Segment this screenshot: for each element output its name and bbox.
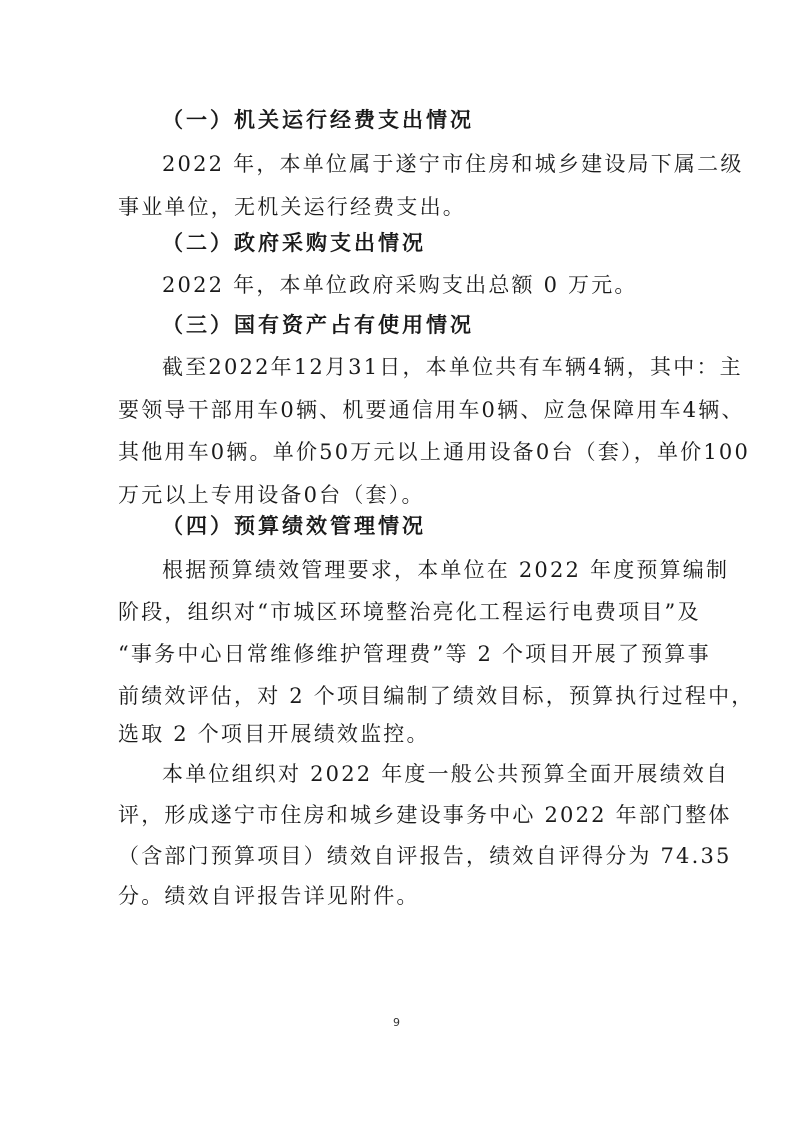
paragraph-line: 评，形成遂宁市住房和城乡建设事务中心 2022 年部门整体: [118, 801, 678, 829]
paragraph-line: 本单位组织对 2022 年度一般公共预算全面开展绩效自: [162, 760, 722, 788]
document-page: （一）机关运行经费支出情况 2022 年，本单位属于遂宁市住房和城乡建设局下属二…: [0, 0, 793, 1122]
section-heading-3: （三）国有资产占有使用情况: [162, 311, 722, 339]
paragraph-line: 要领导干部用车0辆、机要通信用车0辆、应急保障用车4辆、: [118, 396, 678, 424]
paragraph-line: 选取 2 个项目开展绩效监控。: [118, 720, 678, 748]
paragraph-line: （含部门预算项目）绩效自评报告，绩效自评得分为 74.35: [118, 842, 678, 870]
paragraph-line: 分。绩效自评报告详见附件。: [118, 882, 678, 910]
section-heading-2: （二）政府采购支出情况: [162, 229, 722, 257]
paragraph-line: “事务中心日常维修维护管理费”等 2 个项目开展了预算事: [118, 640, 678, 668]
section-heading-4: （四）预算绩效管理情况: [162, 512, 722, 540]
page-number: 9: [0, 1016, 793, 1029]
paragraph-line: 截至2022年12月31日，本单位共有车辆4辆，其中：主: [162, 353, 722, 381]
paragraph-line: 2022 年，本单位政府采购支出总额 0 万元。: [162, 271, 722, 299]
paragraph-line: 万元以上专用设备0台（套）。: [118, 481, 678, 509]
paragraph-line: 前绩效评估，对 2 个项目编制了绩效目标，预算执行过程中，: [118, 682, 678, 710]
paragraph-line: 2022 年，本单位属于遂宁市住房和城乡建设局下属二级: [162, 150, 722, 178]
section-heading-1: （一）机关运行经费支出情况: [162, 106, 722, 134]
paragraph-line: 事业单位，无机关运行经费支出。: [118, 193, 678, 221]
paragraph-line: 其他用车0辆。单价50万元以上通用设备0台（套），单价100: [118, 438, 678, 466]
paragraph-line: 根据预算绩效管理要求，本单位在 2022 年度预算编制: [162, 556, 722, 584]
paragraph-line: 阶段，组织对“市城区环境整治亮化工程运行电费项目”及: [118, 598, 678, 626]
